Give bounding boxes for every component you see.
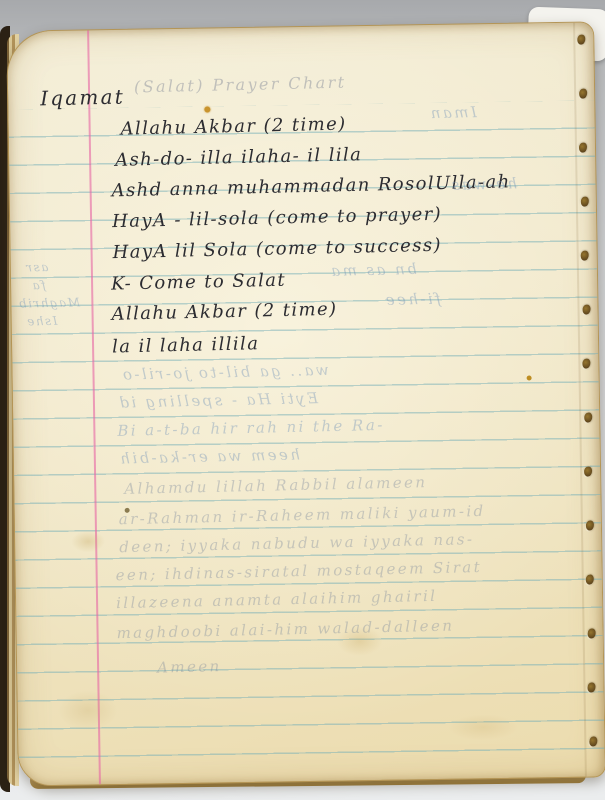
scanned-notebook-photo: (Salat) Prayer Chart Iqamat Allahu Akbar… bbox=[0, 0, 605, 800]
paper-speck bbox=[204, 106, 210, 112]
bleed-through-mark: Maghrib bbox=[17, 296, 80, 311]
bleed-through-heading: (Salat) Prayer Chart bbox=[134, 74, 347, 96]
bleed-through-line: Ameen bbox=[157, 658, 222, 676]
bleed-through-mark: bn as ma bbox=[329, 261, 417, 279]
bleed-through-mark: fa bbox=[31, 279, 46, 293]
bleed-through-mark: asr bbox=[25, 261, 49, 275]
bleed-through-mark: fi-hee bbox=[383, 291, 441, 309]
paper-speck bbox=[527, 375, 532, 380]
binding-hole bbox=[577, 35, 585, 45]
bleed-through-mark: he-was bbox=[449, 175, 517, 193]
handwritten-line: K- Come to Salat bbox=[111, 271, 286, 295]
page-heading: Iqamat bbox=[40, 86, 125, 110]
paper-speck bbox=[125, 508, 130, 513]
bleed-through-mark: Iman bbox=[428, 104, 477, 122]
bleed-through-mark: Ishe bbox=[26, 315, 58, 329]
binding-hole bbox=[579, 89, 587, 99]
notebook-page: (Salat) Prayer Chart Iqamat Allahu Akbar… bbox=[6, 21, 605, 786]
bleed-through-line: heem wa er-ka-bih bbox=[118, 446, 300, 467]
handwritten-line: la il laha illila bbox=[112, 334, 260, 357]
